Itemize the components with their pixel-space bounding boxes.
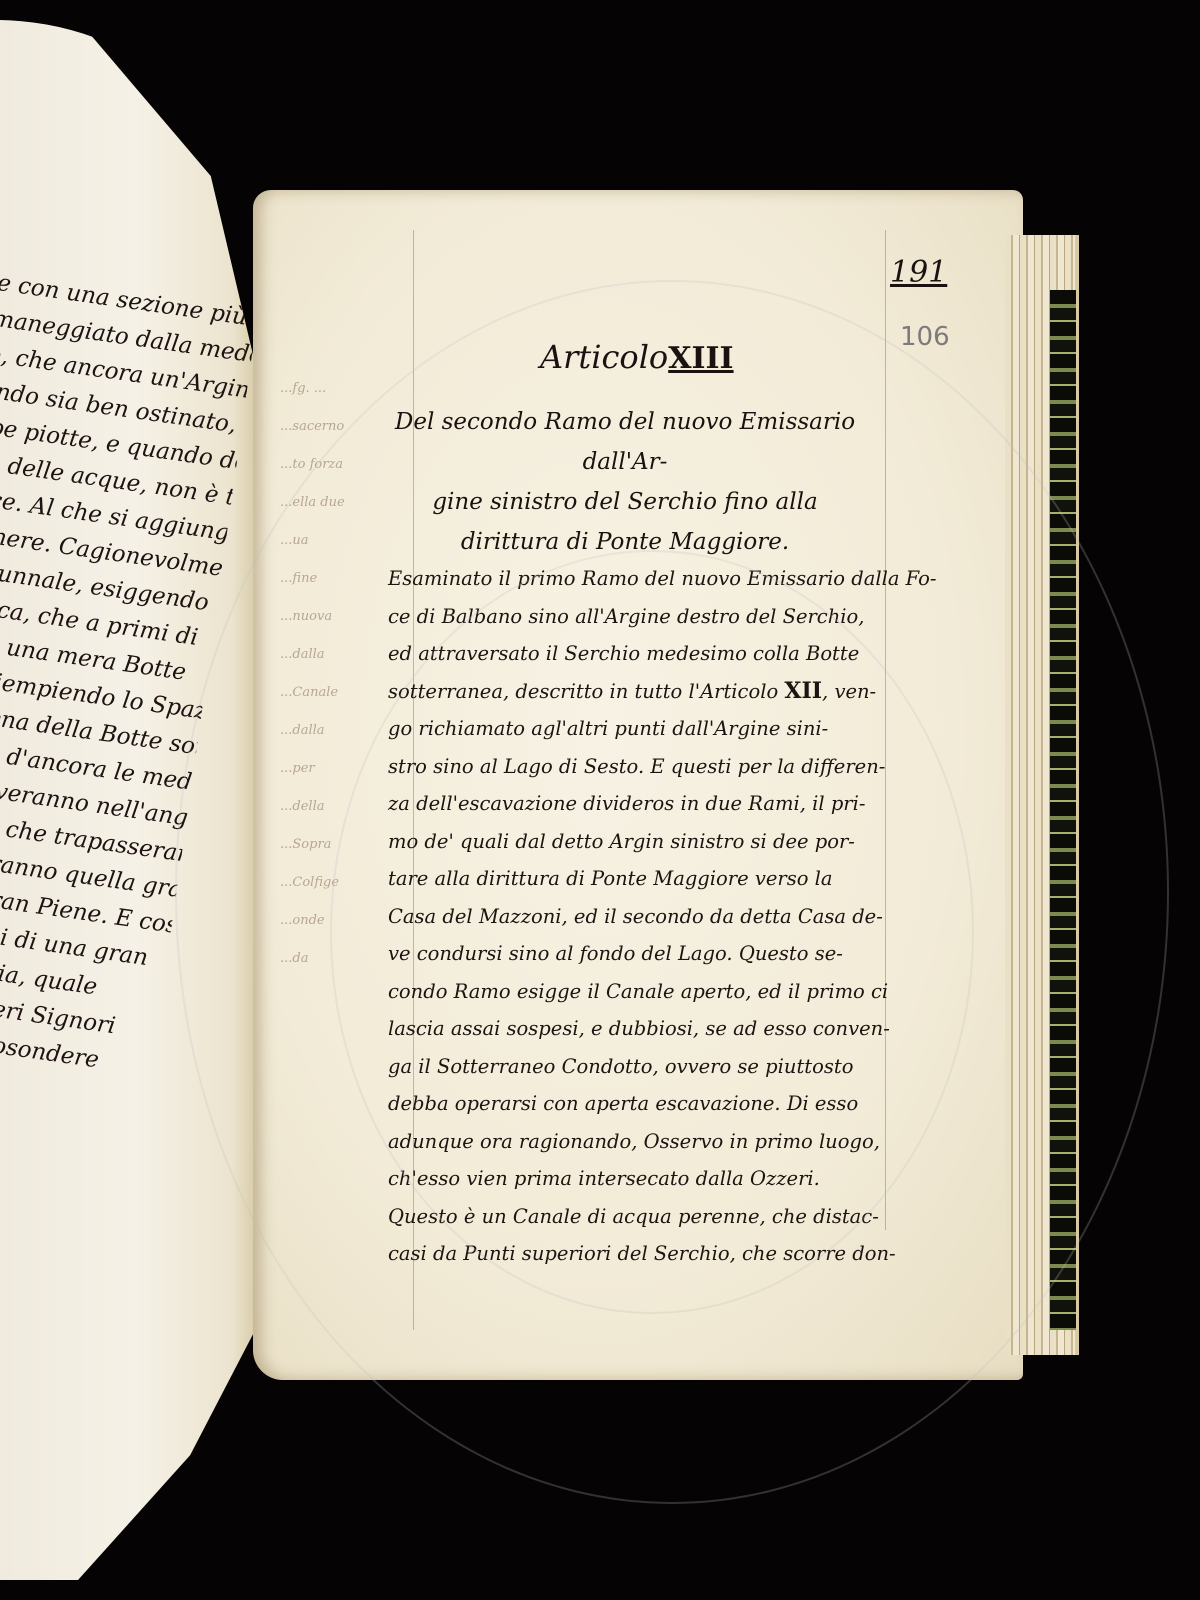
article-numeral: XIII [668,341,733,376]
bleed-through-line: ...dalla [280,636,370,674]
body-line: condo Ramo esigge il Canale aperto, ed i… [388,973,908,1011]
body-line: stro sino al Lago di Sesto. E questi per… [388,748,908,786]
bleed-through-line: ...sacerno [280,408,370,446]
bleed-through-line: ...Sopra [280,826,370,864]
body-line: debba operarsi con aperta escavazione. D… [388,1085,908,1123]
heading-line: gine sinistro del Serchio fino alla [385,482,865,522]
body-line: Esaminato il primo Ramo del nuovo Emissa… [388,560,908,598]
bleed-through-line: ...to forza [280,446,370,484]
bleed-through-line: ...fine [280,560,370,598]
body-line: ch'esso vien prima intersecato dalla Ozz… [388,1160,908,1198]
bleed-through-line: ...nuova [280,598,370,636]
body-line: ce di Balbano sino all'Argine destro del… [388,598,908,636]
bleed-through-line: ...dalla [280,712,370,750]
body-line: za dell'escavazione divideros in due Ram… [388,785,908,823]
article-heading: Del secondo Ramo del nuovo Emissario dal… [385,402,865,562]
bleed-through-line: ...per [280,750,370,788]
body-line: Questo è un Canale di acqua perenne, che… [388,1198,908,1236]
body-line: casi da Punti superiori del Serchio, che… [388,1235,908,1273]
bleed-through-line: ...ella due [280,484,370,522]
bleed-through-line: ...fg. ... [280,370,370,408]
body-line: sotterranea, descritto in tutto l'Artico… [388,673,908,711]
bleed-through-line: ...Colfige [280,864,370,902]
article-body: Esaminato il primo Ramo del nuovo Emissa… [388,560,908,1273]
body-line: tare alla dirittura di Ponte Maggiore ve… [388,860,908,898]
body-line: ga il Sotterraneo Condotto, ovvero se pi… [388,1048,908,1086]
bleed-through-line: ...da [280,940,370,978]
article-label: Articolo [540,338,668,376]
pencil-page-number: 106 [900,322,950,352]
article-title: ArticoloXIII [540,338,734,376]
bleed-through-line: ...Canale [280,674,370,712]
folio-number: 191 [890,255,947,290]
body-line: go richiamato agl'altri punti dall'Argin… [388,710,908,748]
body-line: ve condursi sino al fondo del Lago. Ques… [388,935,908,973]
left-page-text: e con una sezione più strettamaneggiato … [0,265,255,1121]
heading-line: Del secondo Ramo del nuovo Emissario dal… [385,402,865,482]
bleed-through-line: ...onde [280,902,370,940]
body-line: adunque ora ragionando, Osservo in primo… [388,1123,908,1161]
heading-line: dirittura di Ponte Maggiore. [385,522,865,562]
body-line: lascia assai sospesi, e dubbiosi, se ad … [388,1010,908,1048]
bleed-through-line: ...ua [280,522,370,560]
margin-bleed-through: ...fg. ......sacerno...to forza...ella d… [280,370,370,978]
body-line: Casa del Mazzoni, ed il secondo da detta… [388,898,908,936]
body-line: ed attraversato il Serchio medesimo coll… [388,635,908,673]
marbled-cover-edge [1050,290,1076,1330]
bleed-through-line: ...della [280,788,370,826]
left-page: e con una sezione più strettamaneggiato … [0,20,255,1580]
body-line: mo de' quali dal detto Argin sinistro si… [388,823,908,861]
